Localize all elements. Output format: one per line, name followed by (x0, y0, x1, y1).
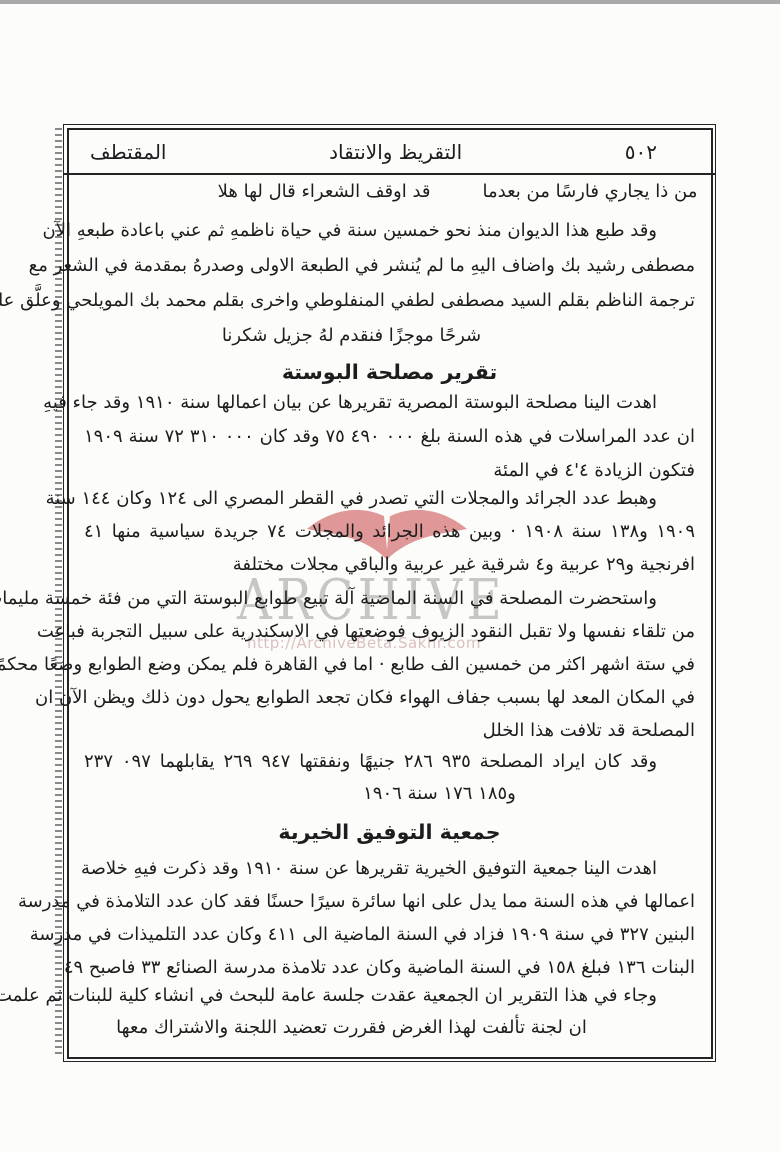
text-line: من تلقاء نفسها ولا تقبل النقود الزيوف فو… (84, 615, 695, 648)
text-line: وقد كان ايراد المصلحة ٢٨٦ ٩٣٥ جنيهًا ونف… (84, 746, 695, 778)
verse-line: من ذا يجاري فارسًا من بعدما قد اوقف الشع… (152, 181, 763, 215)
tawfiq-paragraph-1: اهدت الينا جمعية التوفيق الخيرية تقريرها… (84, 852, 695, 984)
text-line: المصلحة قد تلافت هذا الخلل (84, 714, 695, 747)
text-line: اعمالها في هذه السنة مما يدل على انها سا… (84, 885, 695, 918)
text-line: افرنجية و٢٩ عربية و٤ شرقية غير عربية وال… (84, 548, 695, 581)
text-line: واستحضرت المصلحة في السنة الماضية آلة تب… (84, 582, 695, 615)
page-frame: ٥٠٢ التقريظ والانتقاد المقتطف من ذا يجار… (63, 124, 716, 1062)
post-report-paragraph-3: واستحضرت المصلحة في السنة الماضية آلة تب… (84, 582, 695, 747)
verse-hemistich-left: قد اوقف الشعراء قال لها هلا (218, 181, 431, 215)
text-line: في المكان المعد لها بسبب جفاف الهواء فكا… (84, 681, 695, 714)
section-heading-post-report: تقرير مصلحة البوستة (84, 355, 695, 389)
scan-top-edge (0, 0, 780, 4)
page-header: ٥٠٢ التقريظ والانتقاد المقتطف (64, 131, 715, 175)
magazine-title: المقتطف (90, 140, 166, 164)
intro-paragraph: وقد طبع هذا الديوان منذ نحو خمسين سنة في… (84, 213, 695, 353)
text-line: شرحًا موجزًا فنقدم لهُ جزيل شكرنا (46, 318, 657, 353)
verse-hemistich-right: من ذا يجاري فارسًا من بعدما (483, 181, 698, 215)
text-line: ترجمة الناظم بقلم السيد مصطفى لطفي المنف… (84, 283, 695, 318)
section-heading-tawfiq: جمعية التوفيق الخيرية (84, 813, 695, 851)
text-line: البنين ٣٢٧ في سنة ١٩٠٩ فزاد في السنة الم… (84, 918, 695, 951)
text-line: اهدت الينا جمعية التوفيق الخيرية تقريرها… (84, 852, 695, 885)
post-report-paragraph-2: وهبط عدد الجرائد والمجلات التي تصدر في ا… (84, 482, 695, 581)
page-number: ٥٠٢ (625, 140, 657, 164)
post-report-paragraph-4: وقد كان ايراد المصلحة ٢٨٦ ٩٣٥ جنيهًا ونف… (84, 746, 695, 810)
text-line: وقد طبع هذا الديوان منذ نحو خمسين سنة في… (84, 213, 695, 248)
text-line: ان عدد المراسلات في هذه السنة بلغ ٧٥ ٤٩٠… (84, 420, 695, 454)
text-line: مصطفى رشيد بك واضاف اليهِ ما لم يُنشر في… (84, 248, 695, 283)
tawfiq-paragraph-2: وجاء في هذا التقرير ان الجمعية عقدت جلسة… (84, 980, 695, 1044)
running-title: التقريظ والانتقاد (329, 140, 462, 164)
text-line: وجاء في هذا التقرير ان الجمعية عقدت جلسة… (84, 980, 695, 1012)
text-line: اهدت الينا مصلحة البوستة المصرية تقريرها… (84, 386, 695, 420)
scanned-page: ARCHIVE http://ArchiveBeta.Sakhr.com ٥٠٢… (0, 0, 780, 1152)
text-line: في ستة اشهر اكثر من خمسين الف طابع · اما… (84, 648, 695, 681)
text-line: و١٧٦ ١٨٥ سنة ١٩٠٦ (134, 778, 745, 810)
text-line: ان لجنة تألفت لهذا الغرض فقررت تعضيد الل… (46, 1012, 657, 1044)
text-line: ١٩٠٩ و١٣٨ سنة ١٩٠٨ · وبين هذه الجرائد وا… (84, 515, 695, 548)
post-report-paragraph-1: اهدت الينا مصلحة البوستة المصرية تقريرها… (84, 386, 695, 488)
text-line: وهبط عدد الجرائد والمجلات التي تصدر في ا… (84, 482, 695, 515)
